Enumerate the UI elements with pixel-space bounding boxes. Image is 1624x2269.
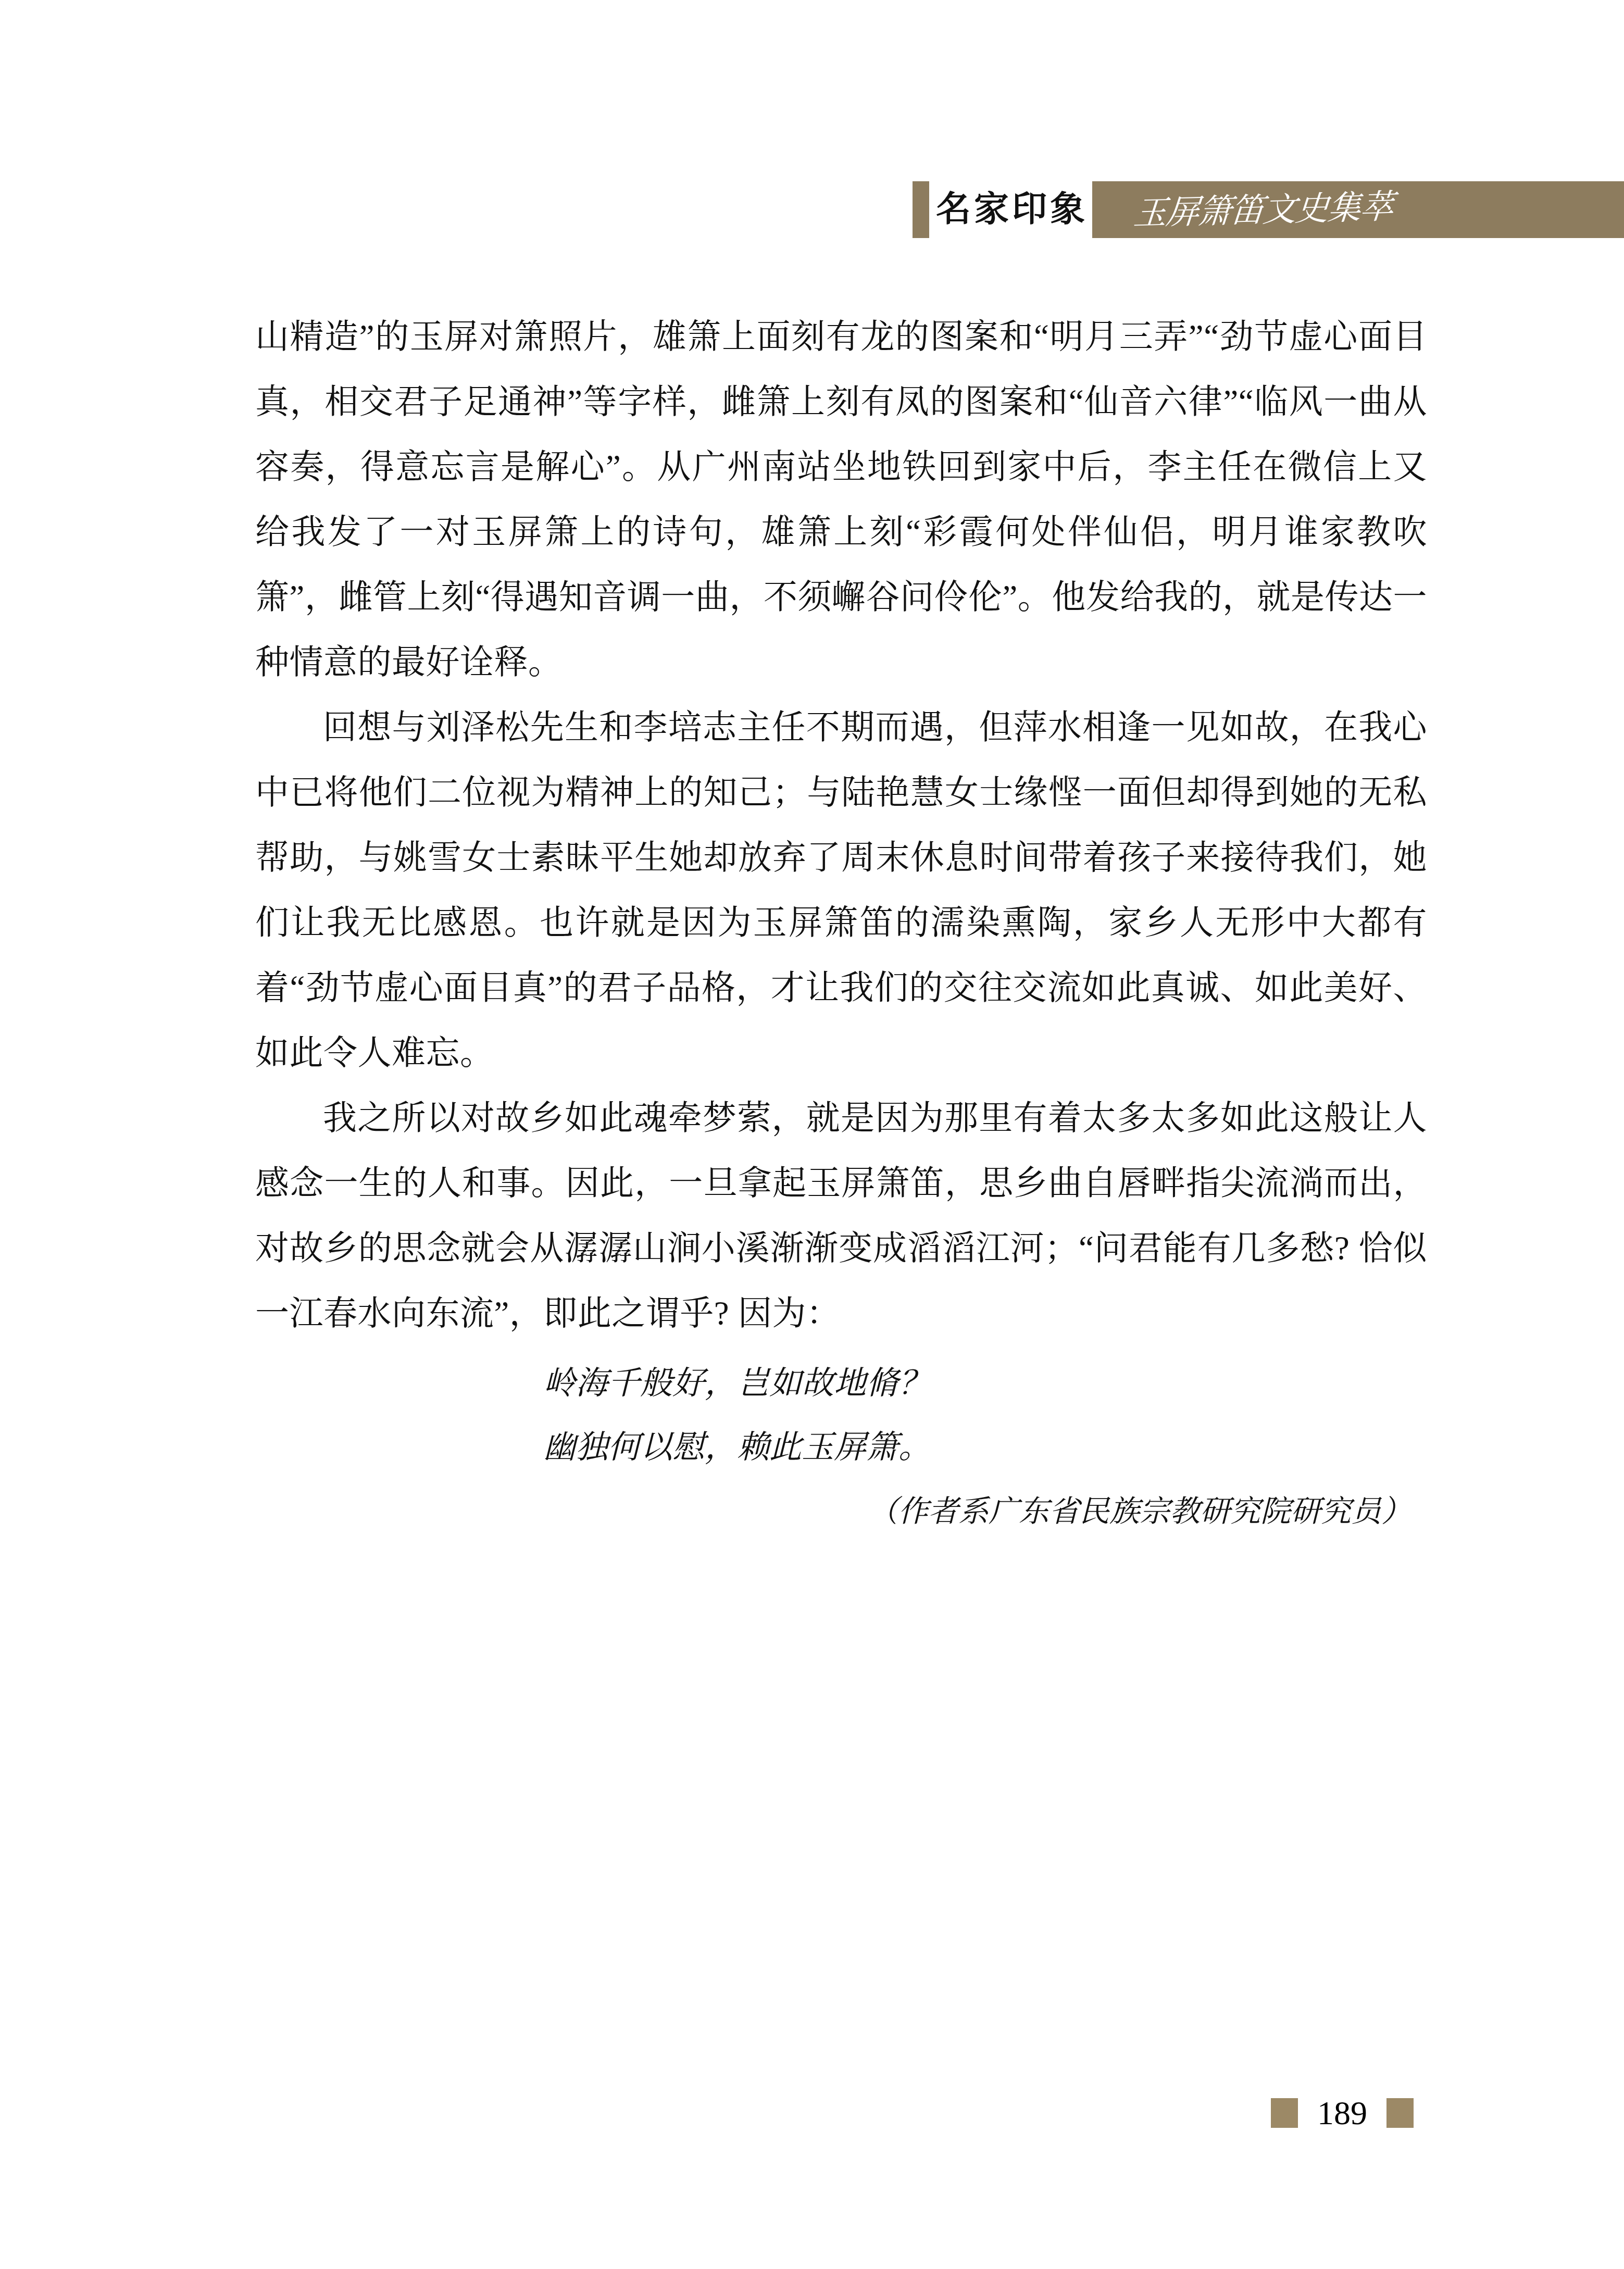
page: 名家印象 玉屏箫笛文史集萃 山精造”的玉屏对箫照片，雄箫上面刻有龙的图案和“明月… — [0, 0, 1624, 2269]
body-paragraph: 山精造”的玉屏对箫照片，雄箫上面刻有龙的图案和“明月三弄”“劲节虚心面目真，相交… — [255, 305, 1427, 695]
page-footer: 189 — [1271, 2098, 1414, 2128]
attribution-line: （作者系广东省民族宗教研究院研究员） — [255, 1480, 1427, 1542]
article-body: 山精造”的玉屏对箫照片，雄箫上面刻有龙的图案和“明月三弄”“劲节虚心面目真，相交… — [255, 305, 1427, 1542]
header-banner: 玉屏箫笛文史集萃 — [1092, 181, 1624, 238]
banner-calligraphy-title: 玉屏箫笛文史集萃 — [1131, 178, 1395, 242]
poem-block: 岭海千般好，岂如故地脩？ 幽独何以慰，赖此玉屏箫。 — [151, 1351, 1323, 1479]
poem-line: 岭海千般好，岂如故地脩？ — [151, 1351, 1323, 1415]
body-paragraph: 回想与刘泽松先生和李培志主任不期而遇，但萍水相逢一见如故，在我心中已将他们二位视… — [255, 695, 1427, 1086]
poem-line: 幽独何以慰，赖此玉屏箫。 — [151, 1415, 1323, 1479]
body-paragraph: 我之所以对故乡如此魂牵梦萦，就是因为那里有着太多太多如此这般让人感念一生的人和事… — [255, 1086, 1427, 1347]
page-number-marker-left — [1271, 2098, 1298, 2128]
page-number-marker-right — [1386, 2098, 1414, 2128]
page-number: 189 — [1298, 2098, 1386, 2128]
section-label: 名家印象 — [936, 181, 1092, 238]
header-accent-bar — [913, 181, 929, 238]
